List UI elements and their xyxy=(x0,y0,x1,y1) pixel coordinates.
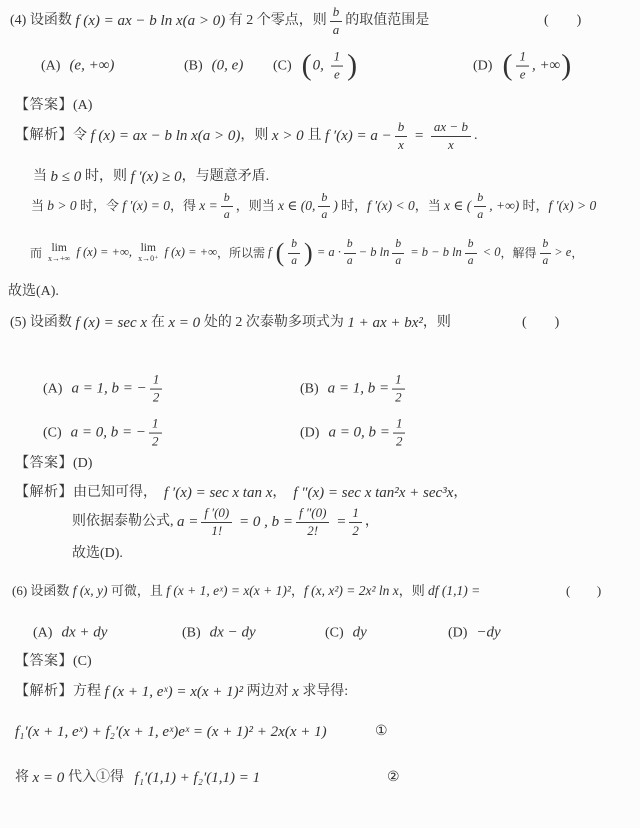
math-segment: f ′(x) = 0 xyxy=(122,198,170,215)
choice-value: −dy xyxy=(476,624,500,643)
fraction-numerator: 1 xyxy=(392,373,405,390)
text-segment: ，解得 xyxy=(500,246,536,261)
answer-value: (D) xyxy=(73,455,92,473)
math-segment: b > 0 xyxy=(47,198,80,215)
equation-tag-1: ① xyxy=(375,723,388,741)
fraction-denominator: a xyxy=(330,22,343,38)
big-paren-close: ) xyxy=(304,240,313,266)
math-segment: f (x + 1, eˣ) = x(x + 1)² xyxy=(166,583,291,600)
choice-value: 0, xyxy=(313,57,328,76)
fraction: ba xyxy=(221,191,233,222)
option-d: (D)a = 0, b =12 xyxy=(300,417,408,450)
math-segment: = xyxy=(332,513,346,532)
limit-operator: lim xyxy=(141,243,156,255)
text-segment: ， xyxy=(365,513,379,531)
question-6: (6) 设函数 f (x, y) 可微，且 f (x + 1, eˣ) = x(… xyxy=(12,578,640,604)
text-segment: 时，令 xyxy=(80,198,122,214)
option-b: (B)dx − dy xyxy=(182,624,256,643)
text-segment: 代入①得 xyxy=(68,769,135,787)
limit-operator: lim xyxy=(51,243,66,255)
fraction: ba xyxy=(330,5,343,38)
math-segment: f ′(x) = a − xyxy=(325,127,392,146)
text-segment: ， xyxy=(453,484,467,502)
text-segment: 则依据泰勒公式, xyxy=(72,513,177,531)
answer-4: 【答案】(A) xyxy=(15,96,92,116)
text-segment: 设函数 xyxy=(27,583,73,599)
fraction-denominator: 1! xyxy=(208,523,225,539)
text-segment: 时， xyxy=(338,198,367,214)
text-segment: 求导得: xyxy=(299,683,348,701)
choice-value: (e, +∞) xyxy=(69,57,114,76)
text-segment: 设函数 xyxy=(26,12,75,30)
text-segment: 故选(A). xyxy=(8,283,59,301)
solution-4-line-1: 【解析】令 f (x) = ax − b ln x(a > 0)，则 x > 0… xyxy=(15,114,477,158)
choice-value: a = 0, b = − xyxy=(71,424,146,443)
math-segment: f xyxy=(268,245,275,261)
text-segment: 方程 xyxy=(73,683,105,701)
choice-value: a = 1, b = xyxy=(328,380,390,399)
text-segment: 而 xyxy=(30,246,45,261)
fraction: f ″(0)2! xyxy=(296,506,329,539)
fraction-numerator: b xyxy=(465,238,477,253)
math-segment: f ′(x) < 0 xyxy=(367,198,415,215)
choice-label: (D) xyxy=(448,624,467,642)
document-page: (4) 设函数 f (x) = ax − b ln x(a > 0) 有 2 个… xyxy=(0,0,640,828)
fraction: 12 xyxy=(393,417,406,450)
text-segment: ，则当 xyxy=(236,198,278,214)
text-segment: 处的 2 次泰勒多项式为 xyxy=(204,314,348,332)
fraction-denominator: 2 xyxy=(392,390,405,406)
fraction: ba xyxy=(344,238,356,267)
text-segment: ，则 xyxy=(423,314,451,332)
text-segment: 且 xyxy=(307,127,325,145)
fraction: 1e xyxy=(516,50,529,83)
text-segment: ，则 xyxy=(240,127,272,145)
question-4-options: (A)(e, +∞) (B)(0, e) (C)(0, 1e) (D)(1e, … xyxy=(0,40,640,92)
math-segment: = a · xyxy=(314,245,341,261)
math-segment: f (x) = ax − b ln x(a > 0) xyxy=(75,12,225,31)
fraction-denominator: 2 xyxy=(393,434,406,450)
limit-subscript: x→0⁺ xyxy=(138,255,158,263)
math-segment: > e xyxy=(554,245,571,261)
answer-label: 【答案】 xyxy=(15,653,73,671)
math-segment: 1 + ax + bx² xyxy=(347,314,423,333)
solution-label: 【解析】 xyxy=(15,484,73,502)
fraction-denominator: e xyxy=(517,67,529,83)
fraction: ba xyxy=(465,238,477,267)
option-c: (C)a = 0, b = −12 xyxy=(43,417,165,450)
big-paren-open: ( xyxy=(302,51,312,81)
math-segment: f (x, y) xyxy=(73,583,111,600)
choice-label: (C) xyxy=(273,57,292,75)
math-segment: x ∈ (0, xyxy=(278,198,315,215)
text-segment: 在 xyxy=(151,314,169,332)
question-5: (5) 设函数 f (x) = sec x 在 x = 0 处的 2 次泰勒多项… xyxy=(10,310,640,336)
math-segment: x = 0 xyxy=(168,314,204,333)
answer-bracket: ( ) xyxy=(566,583,602,599)
fraction: 12 xyxy=(150,373,163,406)
solution-5-line-2: 则依据泰勒公式, a =f ′(0)1! = 0 , b =f ″(0)2! =… xyxy=(72,500,379,544)
math-segment: f ′(x) > 0 xyxy=(549,198,597,215)
fraction-denominator: x xyxy=(395,137,407,153)
big-paren-close: ) xyxy=(561,51,571,81)
fraction-numerator: b xyxy=(318,191,330,207)
choice-label: (C) xyxy=(325,624,344,642)
question-number: (5) xyxy=(10,314,26,332)
fraction-numerator: b xyxy=(221,191,233,207)
math-segment: a = xyxy=(177,513,198,532)
fraction-denominator: a xyxy=(474,207,486,222)
math-segment: f (x, x²) = 2x² ln x xyxy=(304,583,399,600)
option-a: (A)a = 1, b = −12 xyxy=(43,373,165,406)
fraction-denominator: x xyxy=(445,137,457,153)
fraction-denominator: e xyxy=(331,67,343,83)
fraction-numerator: b xyxy=(344,238,356,253)
limit: limx→+∞ xyxy=(48,243,70,264)
option-c: (C)dy xyxy=(325,624,367,643)
math-segment: < 0 xyxy=(480,245,501,261)
fraction-numerator: f ′(0) xyxy=(201,506,232,523)
math-segment: x xyxy=(292,683,299,702)
fraction: ax − bx xyxy=(431,120,471,153)
math-segment: x > 0 xyxy=(272,127,308,146)
fraction-numerator: 1 xyxy=(150,373,163,390)
choice-value: a = 0, b = xyxy=(328,424,390,443)
fraction: bx xyxy=(395,120,408,153)
fraction: 12 xyxy=(149,417,162,450)
answer-6: 【答案】(C) xyxy=(15,652,92,672)
question-4: (4) 设函数 f (x) = ax − b ln x(a > 0) 有 2 个… xyxy=(10,2,640,40)
option-b: (B)(0, e) xyxy=(184,57,243,76)
answer-5: 【答案】(D) xyxy=(15,454,92,474)
choice-value: , +∞ xyxy=(532,57,560,76)
text-segment: 将 xyxy=(15,769,33,787)
big-paren-close: ) xyxy=(347,51,357,81)
fraction-denominator: 2 xyxy=(150,390,163,406)
choice-value: a = 1, b = − xyxy=(71,380,146,399)
solution-6-line-2: f₁′(x + 1, eˣ) + f₂′(x + 1, eˣ)eˣ = (x +… xyxy=(15,720,640,744)
math-segment: = 0 , b = xyxy=(235,513,293,532)
math-segment: df (1,1) = xyxy=(428,583,480,600)
math-segment: x ∈ ( xyxy=(444,198,471,215)
choice-label: (A) xyxy=(43,380,62,398)
solution-label: 【解析】 xyxy=(15,127,73,145)
big-paren-open: ( xyxy=(502,51,512,81)
fraction-denominator: a xyxy=(288,254,300,268)
answer-value: (C) xyxy=(73,653,92,671)
text-segment: ，则 xyxy=(399,583,428,599)
solution-5-conclusion: 故选(D). xyxy=(72,544,123,564)
fraction: ba xyxy=(540,238,552,267)
limit: limx→0⁺ xyxy=(138,243,158,264)
fraction-numerator: b xyxy=(392,238,404,253)
fraction-numerator: 1 xyxy=(149,417,162,434)
choice-label: (A) xyxy=(33,624,52,642)
fraction: 12 xyxy=(392,373,405,406)
choice-label: (B) xyxy=(300,380,319,398)
fraction-denominator: a xyxy=(344,254,356,268)
fraction-numerator: f ″(0) xyxy=(296,506,329,523)
math-segment: f₁′(1,1) + f₂′(1,1) = 1 xyxy=(135,769,261,788)
choice-value: dx − dy xyxy=(210,624,256,643)
fraction-numerator: 1 xyxy=(349,506,362,523)
text-segment: ，当 xyxy=(415,198,444,214)
text-segment: ， xyxy=(291,583,304,599)
text-segment: 令 xyxy=(73,127,91,145)
fraction-denominator: a xyxy=(465,254,477,268)
solution-label: 【解析】 xyxy=(15,683,73,701)
fraction-numerator: b xyxy=(330,5,343,22)
text-segment: 当 xyxy=(31,198,47,214)
choice-value: (0, e) xyxy=(212,57,244,76)
math-segment: = xyxy=(410,127,428,146)
math-segment: f₁′(x + 1, eˣ) + f₂′(x + 1, eˣ)eˣ = (x +… xyxy=(15,723,327,742)
answer-value: (A) xyxy=(73,97,92,115)
choice-label: (A) xyxy=(41,57,60,75)
text-segment: 时， xyxy=(519,198,548,214)
fraction-denominator: 2! xyxy=(304,523,321,539)
math-segment: = b − b ln xyxy=(407,245,462,261)
fraction-numerator: ax − b xyxy=(431,120,471,137)
text-segment: ，所以需 xyxy=(217,246,268,261)
fraction-numerator: 1 xyxy=(331,50,344,67)
text-segment: 有 2 个零点，则 xyxy=(225,12,327,30)
equation-tag-2: ② xyxy=(387,769,400,787)
big-paren-open: ( xyxy=(276,240,285,266)
choice-label: (B) xyxy=(182,624,201,642)
fraction: f ′(0)1! xyxy=(201,506,232,539)
choice-label: (C) xyxy=(43,424,62,442)
fraction-numerator: 1 xyxy=(393,417,406,434)
question-5-options-row-2: (C)a = 0, b = −12 (D)a = 0, b =12 xyxy=(0,410,640,456)
option-c: (C)(0, 1e) xyxy=(273,50,358,83)
solution-4-line-4: 而 limx→+∞ f (x) = +∞, limx→0⁺ f (x) = +∞… xyxy=(30,228,583,278)
option-d: (D)(1e, +∞) xyxy=(473,50,572,83)
math-segment: f (x + 1, eˣ) = x(x + 1)² xyxy=(105,683,244,702)
answer-bracket: ( ) xyxy=(522,314,560,332)
math-segment: f (x) = ax − b ln x(a > 0) xyxy=(91,127,241,146)
solution-6-line-1: 【解析】方程 f (x + 1, eˣ) = x(x + 1)² 两边对 x 求… xyxy=(15,680,348,704)
option-d: (D)−dy xyxy=(448,624,501,643)
question-6-options: (A)dx + dy (B)dx − dy (C)dy (D)−dy xyxy=(0,622,640,644)
choice-value: dy xyxy=(353,624,367,643)
fraction: ba xyxy=(318,191,330,222)
choice-value: dx + dy xyxy=(61,624,107,643)
limit-subscript: x→+∞ xyxy=(48,255,70,263)
option-b: (B)a = 1, b =12 xyxy=(300,373,408,406)
math-segment: , +∞) xyxy=(489,198,519,215)
fraction-numerator: b xyxy=(540,238,552,253)
answer-bracket: ( ) xyxy=(544,12,582,30)
math-segment: x = 0 xyxy=(33,769,69,788)
math-segment: x = xyxy=(199,198,217,215)
fraction-numerator: b xyxy=(474,191,486,207)
text-segment: 可微，且 xyxy=(111,583,166,599)
fraction-denominator: 2 xyxy=(349,523,362,539)
choice-label: (D) xyxy=(300,424,319,442)
option-a: (A)(e, +∞) xyxy=(41,57,114,76)
fraction: 12 xyxy=(349,506,362,539)
text-segment: ，得 xyxy=(170,198,199,214)
choice-label: (B) xyxy=(184,57,203,75)
answer-label: 【答案】 xyxy=(15,97,73,115)
math-segment: f (x) = +∞ xyxy=(161,245,217,261)
text-segment: 设函数 xyxy=(26,314,75,332)
math-segment: f (x) = sec x xyxy=(75,314,151,333)
fraction-denominator: a xyxy=(540,254,552,268)
question-number: (6) xyxy=(12,583,27,599)
choice-label: (D) xyxy=(473,57,492,75)
solution-4-conclusion: 故选(A). xyxy=(8,282,59,302)
fraction: 1e xyxy=(331,50,344,83)
text-segment: 故选(D). xyxy=(72,545,123,563)
fraction: ba xyxy=(288,238,300,267)
math-segment: − b ln xyxy=(359,245,390,261)
question-5-options-row-1: (A)a = 1, b = −12 (B)a = 1, b =12 xyxy=(0,366,640,412)
solution-4-line-3: 当 b > 0 时，令 f ′(x) = 0，得 x =ba，则当 x ∈ (0… xyxy=(31,184,596,228)
fraction-denominator: 2 xyxy=(149,434,162,450)
solution-6-line-3: 将 x = 0 代入①得 f₁′(1,1) + f₂′(1,1) = 1 ② xyxy=(15,766,640,790)
text-segment: . xyxy=(474,127,478,145)
fraction-numerator: b xyxy=(395,120,408,137)
fraction: ba xyxy=(392,238,404,267)
text-segment: 两边对 xyxy=(243,683,292,701)
fraction-denominator: a xyxy=(221,207,233,222)
fraction-denominator: a xyxy=(318,207,330,222)
fraction: ba xyxy=(474,191,486,222)
fraction-denominator: a xyxy=(392,254,404,268)
answer-label: 【答案】 xyxy=(15,455,73,473)
option-a: (A)dx + dy xyxy=(33,624,107,643)
fraction-numerator: b xyxy=(288,238,300,253)
math-segment: f (x) = +∞, xyxy=(73,245,135,261)
text-segment: 的取值范围是 xyxy=(345,12,429,30)
fraction-numerator: 1 xyxy=(516,50,529,67)
question-number: (4) xyxy=(10,12,26,30)
text-segment: ， xyxy=(571,246,583,261)
